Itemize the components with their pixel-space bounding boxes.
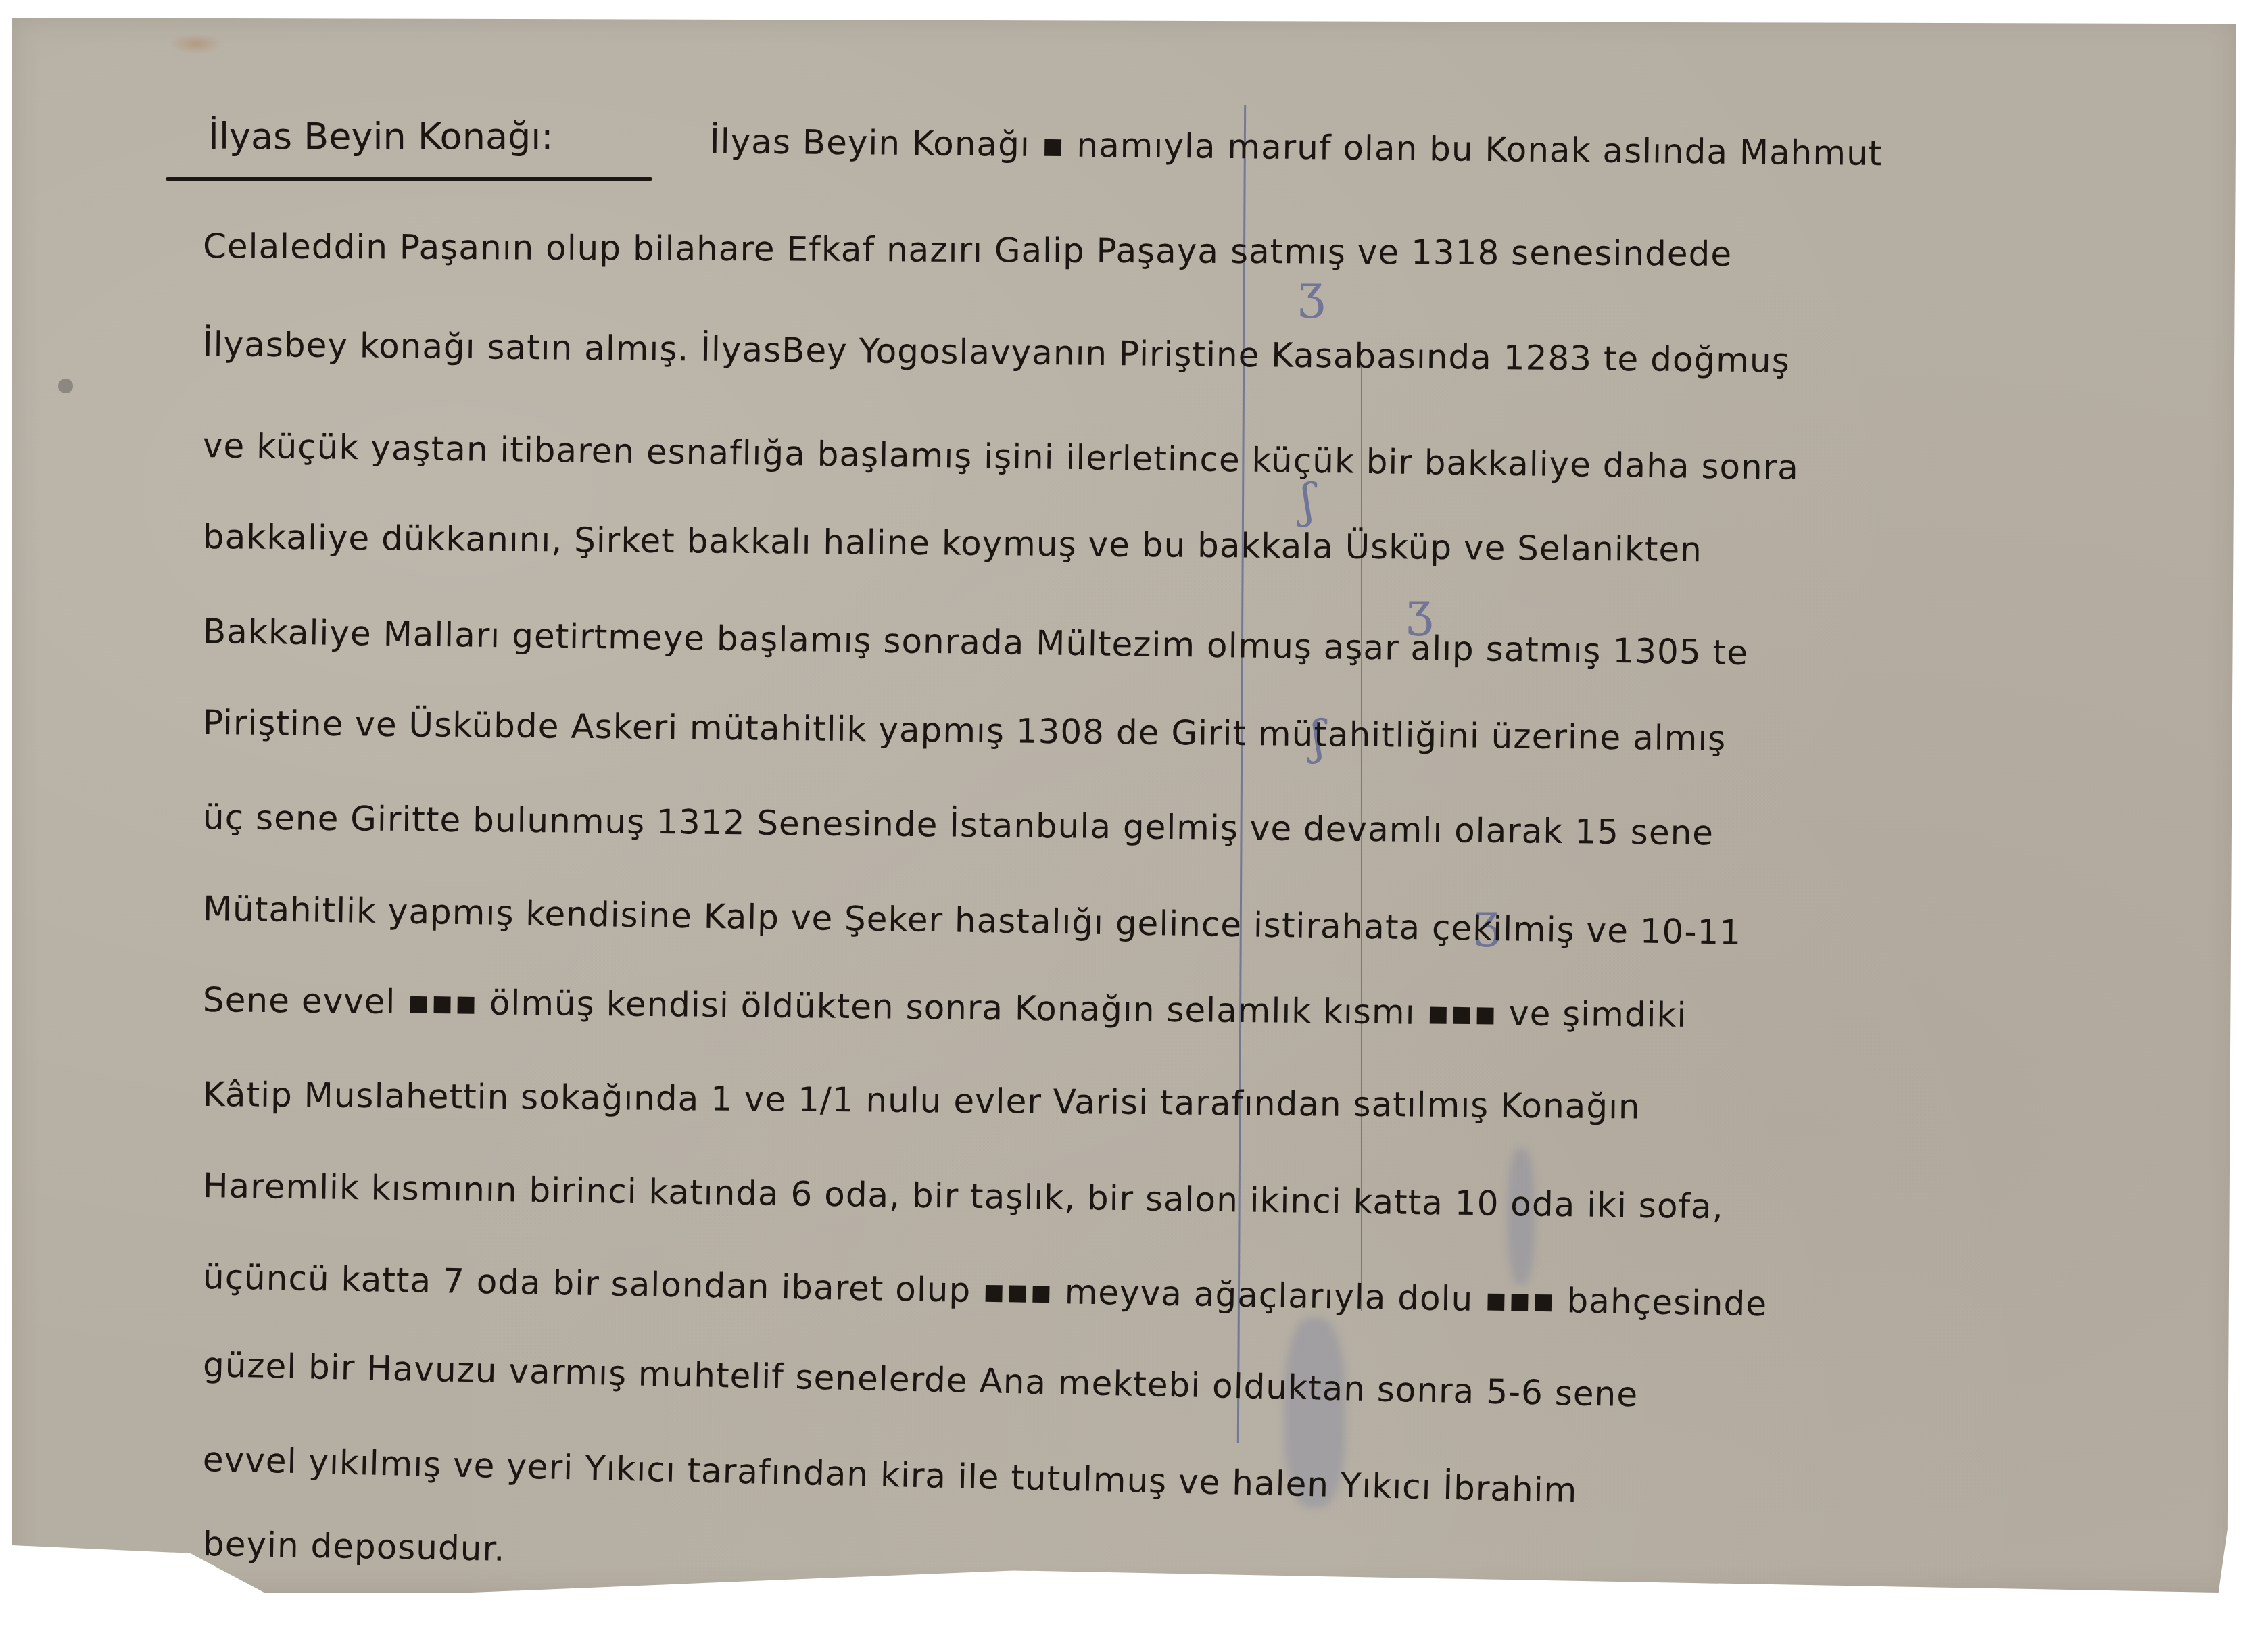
text-line-8: üç sene Giritte bulunmuş 1312 Senesinde …: [203, 798, 1714, 852]
text-line-5: bakkaliye dükkanını, Şirket bakkalı hali…: [203, 517, 1702, 569]
text-line-6: Bakkaliye Malları getirtmeye başlamış so…: [203, 612, 1749, 673]
text-line-2: Celaleddin Paşanın olup bilahare Efkaf n…: [203, 226, 1732, 274]
text-line-14: güzel bir Havuzu varmış muhtelif seneler…: [202, 1345, 1638, 1414]
text-line-13: üçüncü katta 7 oda bir salondan ibaret o…: [202, 1257, 1767, 1323]
text-line-9: Mütahitlik yapmış kendisine Kalp ve Şeke…: [203, 889, 1742, 952]
text-line-7: Piriştine ve Üskübde Askeri mütahitlik y…: [203, 703, 1727, 758]
document-title: İlyas Beyin Konağı:: [208, 115, 553, 157]
text-line-12: Haremlik kısmının birinci katında 6 oda,…: [203, 1166, 1724, 1226]
text-line-10: Sene evvel ▪▪▪ ölmüş kendisi öldükten so…: [203, 980, 1687, 1035]
handwritten-text: İlyas Beyin Konağı: İlyas Beyin Konağı ▪…: [0, 0, 2260, 1652]
text-line-16: beyin deposudur.: [202, 1524, 505, 1569]
text-line-11: Kâtip Muslahettin sokağında 1 ve 1/1 nul…: [203, 1075, 1641, 1127]
title-underline: [166, 177, 652, 181]
text-line-15: evvel yıkılmış ve yeri Yıkıcı tarafından…: [202, 1440, 1578, 1510]
text-line-1: İlyas Beyin Konağı ▪ namıyla maruf olan …: [710, 122, 1883, 173]
text-line-3: İlyasbey konağı satın almış. İlyasBey Yo…: [203, 324, 1790, 381]
text-line-4: ve küçük yaştan itibaren esnaflığa başla…: [203, 426, 1800, 487]
